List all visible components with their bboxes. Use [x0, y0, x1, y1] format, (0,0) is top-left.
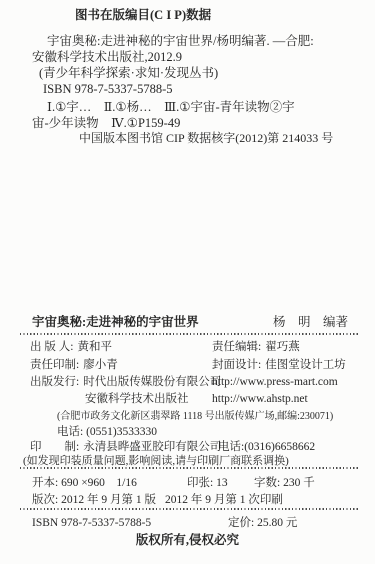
spec-impression: 2012 年 9 月第 1 次印刷	[165, 494, 283, 508]
publisher-row: 出 版 人:黄和平	[30, 341, 112, 355]
dotted-divider-title	[20, 333, 358, 335]
cip-classification-line2: 宙-少年读物 Ⅳ.①P159-49	[32, 116, 180, 131]
cip-series-note: (青少年科学探索·求知·发现丛书)	[39, 66, 218, 81]
dotted-divider-isbn	[20, 508, 358, 510]
publisher-phone: 电话: (0551)3533330	[57, 426, 157, 440]
print-supervisor-value: 廖小青	[83, 359, 118, 371]
chief-editor-label: 责任编辑:	[212, 341, 261, 353]
press-mart-url: http://www.press-mart.com	[212, 376, 338, 390]
publishing-row: 出版发行:时代出版传媒股份有限公司	[30, 376, 221, 390]
book-copyright-page: 图书在版编目(C I P)数据 宇宙奥秘:走进神秘的宇宙世界/杨明编著. —合肥…	[0, 0, 375, 564]
colophon-book-title: 宇宙奥秘:走进神秘的宇宙世界	[32, 315, 199, 330]
price-line: 定价: 25.80 元	[228, 517, 297, 531]
cip-entry-line2: 安徽科学技术出版社,2012.9	[32, 50, 182, 65]
print-supervisor-label: 责任印制:	[30, 359, 79, 371]
colophon-author: 杨 明 编著	[273, 315, 348, 330]
cip-isbn-line: ISBN 978-7-5337-5788-5	[43, 82, 173, 97]
cip-registry-line: 中国版本图书馆 CIP 数据核字(2012)第 214033 号	[79, 131, 333, 145]
publishing-label: 出版发行:	[30, 376, 79, 388]
cip-entry-line1: 宇宙奥秘:走进神秘的宇宙世界/杨明编著. —合肥:	[47, 34, 314, 49]
printer-label: 印 制:	[30, 441, 79, 453]
publishing-co: 时代出版传媒股份有限公司	[83, 376, 221, 388]
cover-design-label: 封面设计:	[212, 359, 261, 371]
dotted-divider-specs	[20, 467, 358, 469]
publisher-address: (合肥市政务文化新区翡翠路 1118 号出版传媒广场,邮编:230071)	[57, 411, 333, 423]
spec-edition: 版次: 2012 年 9 月第 1 版	[32, 494, 156, 508]
cip-classification-line1: Ⅰ.①宇… Ⅱ.①杨… Ⅲ.①宇宙-青年读物②宇	[47, 100, 295, 115]
chief-editor-row: 责任编辑:翟巧燕	[212, 341, 300, 355]
isbn-line: ISBN 978-7-5337-5788-5	[32, 517, 151, 531]
spec-format: 开本: 690 ×960 1/16	[32, 477, 137, 491]
spec-sheets: 印张: 13	[187, 477, 228, 491]
publisher-value: 黄和平	[77, 341, 112, 353]
printer-value: 永清县晔盛亚胶印有限公司	[83, 441, 221, 453]
publishing-house: 安徽科学技术出版社	[85, 393, 189, 407]
printer-phone: 电话:(0316)6658662	[218, 441, 315, 455]
ahstp-url: http://www.ahstp.net	[212, 393, 308, 407]
publisher-label: 出 版 人:	[30, 341, 73, 353]
spec-words: 字数: 230 千	[254, 477, 315, 491]
copyright-notice: 版权所有,侵权必究	[0, 533, 375, 548]
print-supervisor-row: 责任印制:廖小青	[30, 359, 118, 373]
cip-heading: 图书在版编目(C I P)数据	[75, 8, 211, 23]
chief-editor-value: 翟巧燕	[265, 341, 300, 353]
cover-design-value: 佳图堂设计工坊	[265, 359, 346, 371]
cover-design-row: 封面设计:佳图堂设计工坊	[212, 359, 346, 373]
printer-row: 印 制:永清县晔盛亚胶印有限公司	[30, 441, 221, 455]
